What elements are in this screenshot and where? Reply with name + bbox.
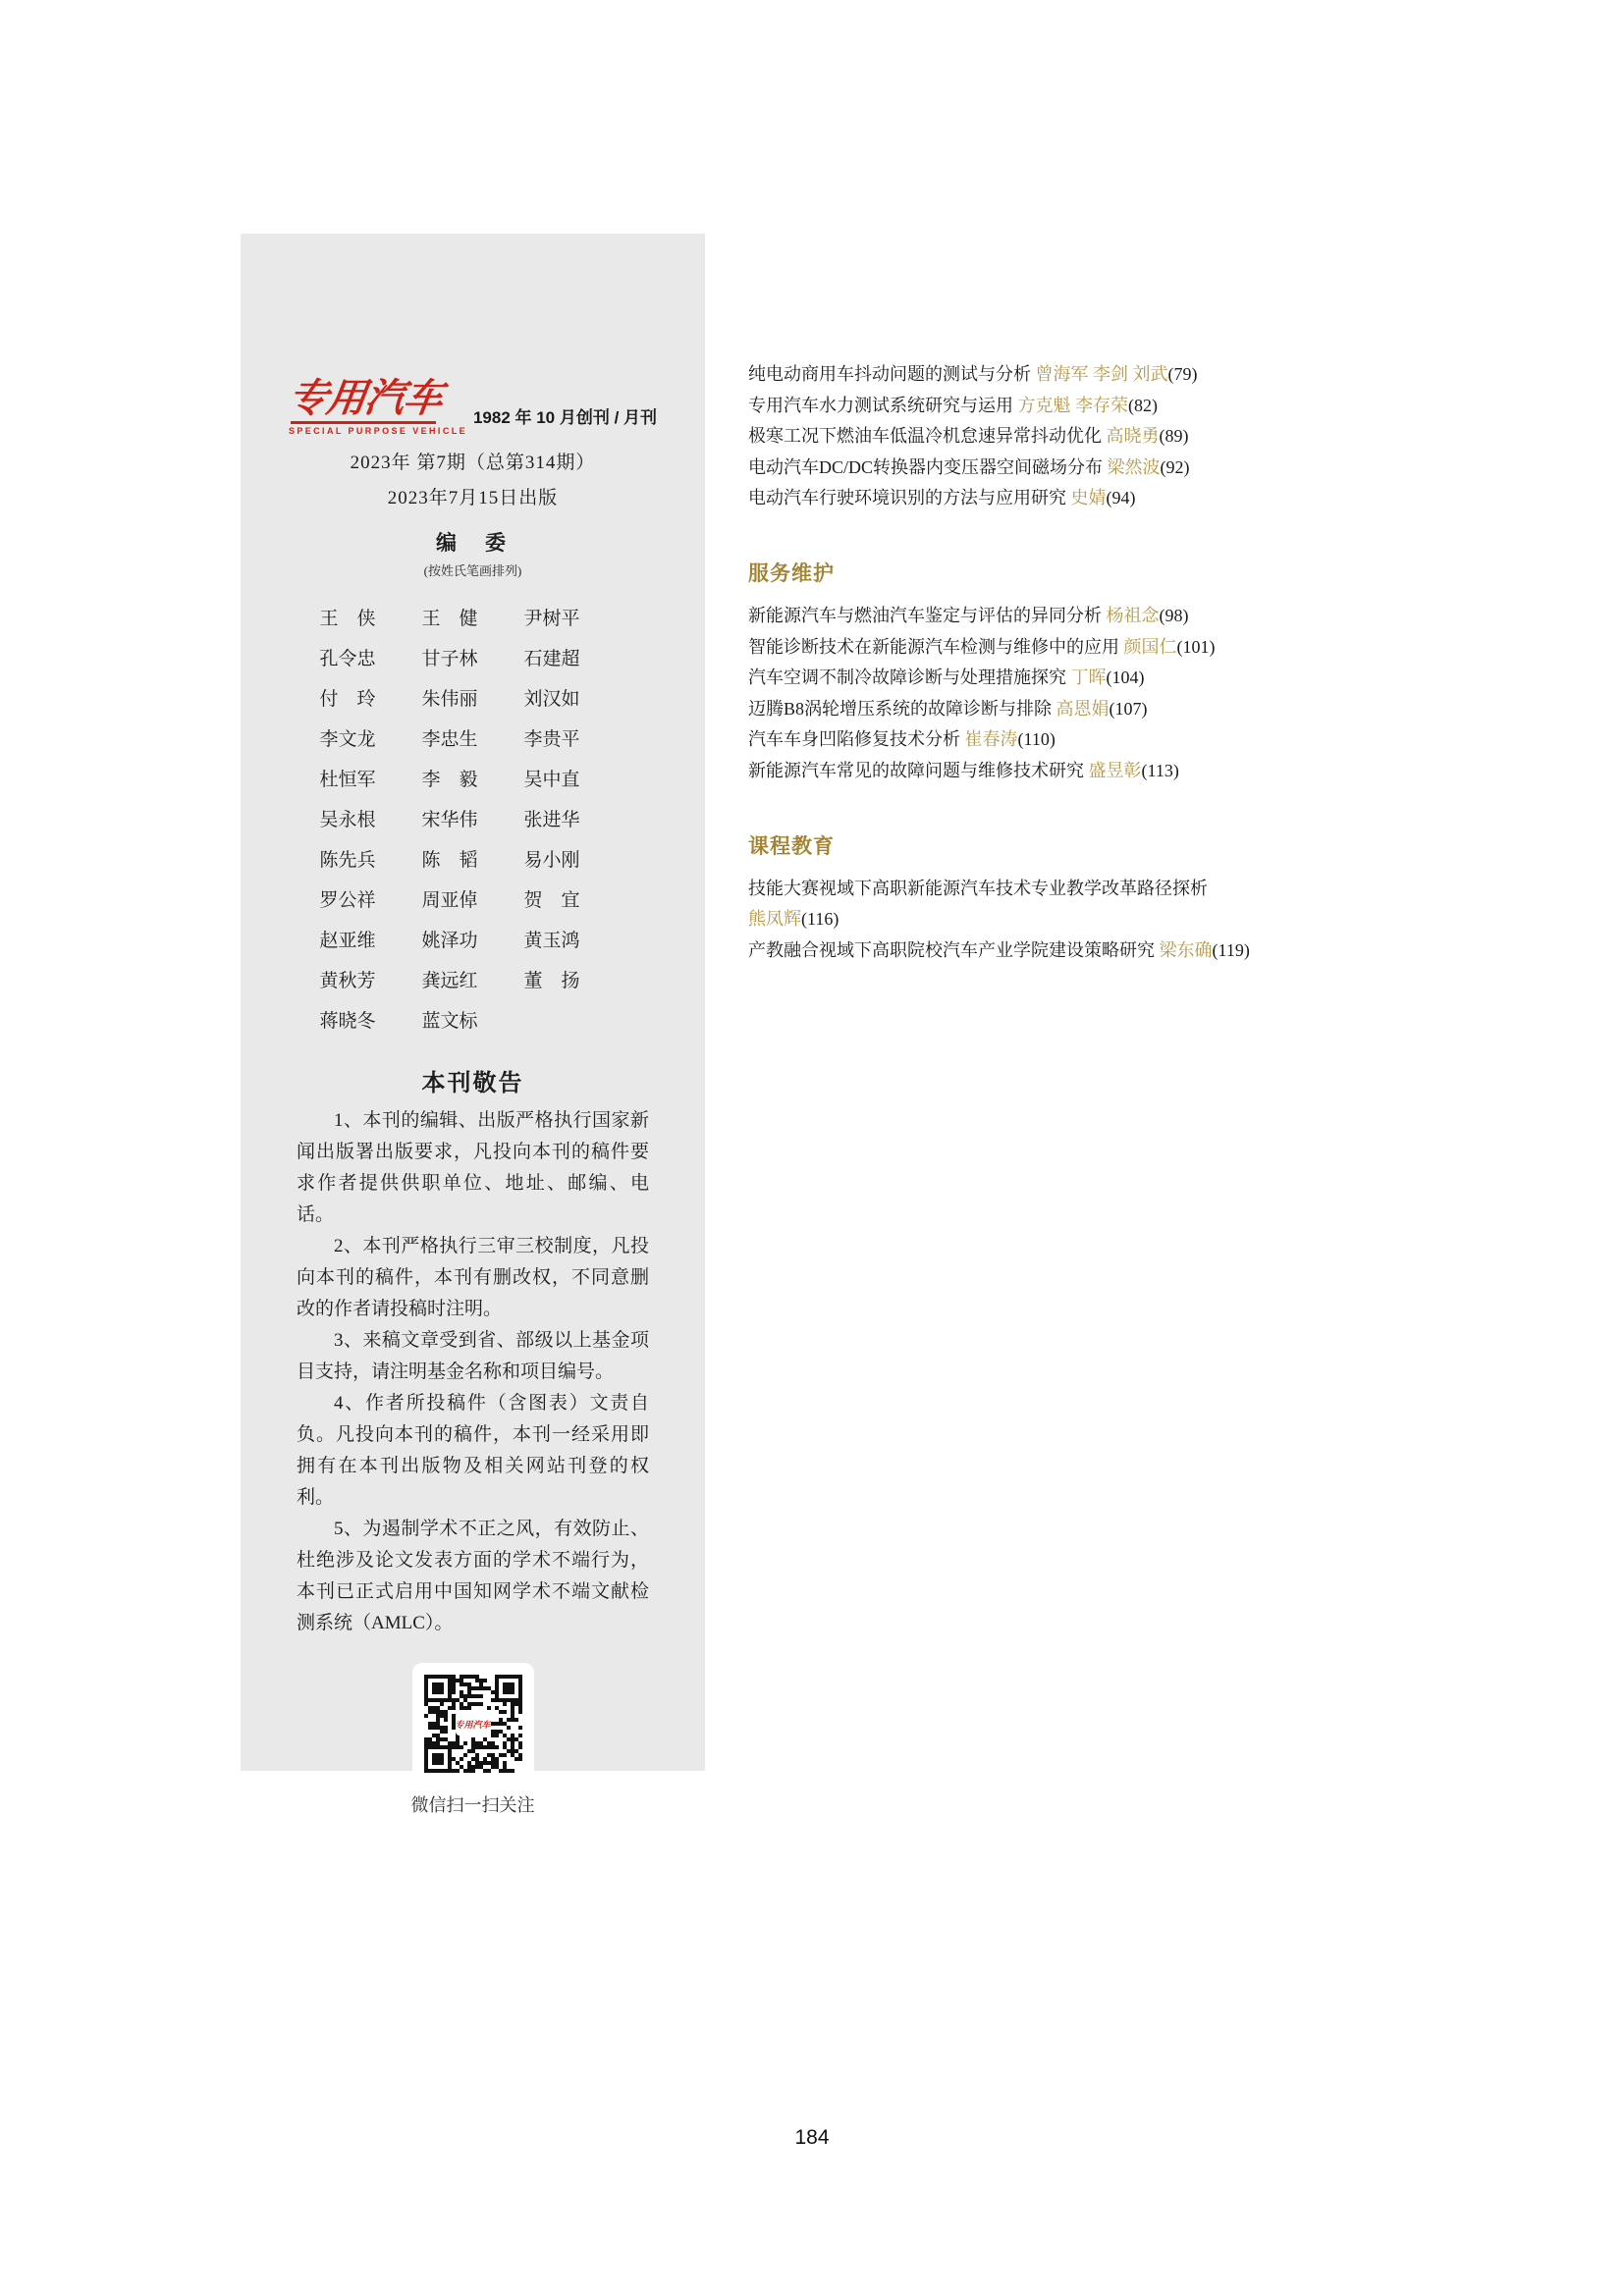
editorial-board-note: (按姓氏笔画排列) (241, 561, 705, 579)
toc-item-title: 智能诊断技术在新能源汽车检测与维修中的应用 (748, 637, 1119, 657)
notice-paragraph: 2、本刊严格执行三审三校制度，凡投向本刊的稿件，本刊有删改权，不同意删改的作者请… (297, 1231, 649, 1325)
toc-item-page: (113) (1142, 761, 1179, 780)
toc-item-title: 迈腾B8涡轮增压系统的故障诊断与排除 (748, 699, 1052, 719)
board-member-name: 姚泽功 (422, 921, 478, 961)
toc-item: 电动汽车行驶环境识别的方法与应用研究 史婧(94) (748, 483, 1337, 514)
journal-logo: 专用汽车 SPECIAL PURPOSE VEHICLE (289, 379, 463, 436)
toc-item-author-line: 杨祖念(98) (1107, 606, 1189, 625)
toc: 纯电动商用车抖动问题的测试与分析 曾海军 李剑 刘武(79)专用汽车水力测试系统… (748, 359, 1337, 966)
board-member-name: 黄秋芳 (320, 961, 376, 1001)
toc-item: 迈腾B8涡轮增压系统的故障诊断与排除 高恩娟(107) (748, 694, 1337, 725)
toc-item-authors: 曾海军 李剑 刘武 (1036, 364, 1168, 384)
board-member-name: 周亚倬 (422, 881, 478, 921)
board-member-name: 李 毅 (422, 760, 478, 800)
qr-center-logo: 专用汽车 (456, 1712, 491, 1735)
toc-item-page: (89) (1160, 426, 1189, 446)
issue-number-line: 2023年 第7期（总第314期） (241, 448, 705, 474)
notice-paragraphs: 1、本刊的编辑、出版严格执行国家新闻出版署出版要求，凡投向本刊的稿件要求作者提供… (297, 1105, 649, 1639)
toc-item-authors: 史婧 (1071, 488, 1107, 507)
qr-center-logo-text: 专用汽车 (456, 1718, 491, 1731)
toc-item-author-line: 崔春涛(110) (965, 729, 1056, 749)
toc-item-title: 纯电动商用车抖动问题的测试与分析 (748, 364, 1031, 384)
board-member-name: 孔令忠 (320, 639, 376, 679)
toc-item: 新能源汽车与燃油汽车鉴定与评估的异同分析 杨祖念(98) (748, 601, 1337, 632)
toc-item: 智能诊断技术在新能源汽车检测与维修中的应用 颜国仁(101) (748, 632, 1337, 664)
logo-underline (291, 421, 436, 424)
editorial-board-grid: 王 侠王 健尹树平孔令忠甘子林石建超付 玲朱伟丽刘汉如李文龙李忠生李贵平杜恒军李… (320, 599, 626, 1041)
toc-item-authors: 高恩娟 (1056, 699, 1110, 719)
toc-item-authors: 盛昱彰 (1089, 761, 1142, 780)
board-member-name: 石建超 (524, 639, 580, 679)
notice-paragraph: 3、来稿文章受到省、部级以上基金项目支持，请注明基金名称和项目编号。 (297, 1325, 649, 1388)
toc-item-author-line: 曾海军 李剑 刘武(79) (1036, 364, 1198, 384)
toc-item-page: (94) (1107, 488, 1136, 507)
toc-section-heading: 课程教育 (748, 832, 1337, 862)
journal-info-panel: 专用汽车 SPECIAL PURPOSE VEHICLE 1982 年 10 月… (241, 234, 705, 1771)
board-member-name: 蒋晓冬 (320, 1001, 376, 1041)
board-member-name: 尹树平 (524, 599, 580, 639)
toc-item: 极寒工况下燃油车低温冷机怠速异常抖动优化 高晓勇(89) (748, 421, 1337, 453)
journal-logo-cn-text: 专用汽车 (286, 379, 466, 418)
toc-group: 服务维护新能源汽车与燃油汽车鉴定与评估的异同分析 杨祖念(98)智能诊断技术在新… (748, 560, 1337, 787)
toc-item: 专用汽车水力测试系统研究与运用 方克魁 李存荣(82) (748, 391, 1337, 422)
board-member-name: 吴中直 (524, 760, 580, 800)
founded-text: 1982 年 10 月创刊 / 月刊 (473, 403, 657, 436)
toc-item-authors: 颜国仁 (1124, 637, 1177, 657)
board-member-name: 蓝文标 (422, 1001, 478, 1041)
toc-item-title: 专用汽车水力测试系统研究与运用 (748, 396, 1013, 415)
toc-item: 电动汽车DC/DC转换器内变压器空间磁场分布 梁然波(92) (748, 453, 1337, 484)
toc-item-page: (92) (1161, 457, 1190, 477)
board-member-name: 杜恒军 (320, 760, 376, 800)
board-member-name: 朱伟丽 (422, 679, 478, 720)
toc-item-title: 汽车空调不制冷故障诊断与处理措施探究 (748, 667, 1066, 687)
toc-item-authors: 杨祖念 (1107, 606, 1160, 625)
board-member-name: 付 玲 (320, 679, 376, 720)
journal-contents-page: 专用汽车 SPECIAL PURPOSE VEHICLE 1982 年 10 月… (0, 0, 1624, 2296)
toc-item: 纯电动商用车抖动问题的测试与分析 曾海军 李剑 刘武(79) (748, 359, 1337, 391)
toc-item-author-line: 梁东确(119) (1160, 940, 1250, 960)
toc-item-authors: 高晓勇 (1107, 426, 1160, 446)
toc-item-author-line: 方克魁 李存荣(82) (1018, 396, 1159, 415)
notice-paragraph: 4、作者所投稿件（含图表）文责自负。凡投向本刊的稿件，本刊一经采用即拥有在本刊出… (297, 1388, 649, 1514)
board-member-name: 刘汉如 (524, 679, 580, 720)
board-member-name: 甘子林 (422, 639, 478, 679)
masthead: 专用汽车 SPECIAL PURPOSE VEHICLE 1982 年 10 月… (241, 379, 705, 436)
page-number: 184 (0, 2126, 1624, 2150)
qr-caption: 微信扫一扫关注 (241, 1791, 705, 1817)
toc-item-authors: 梁东确 (1160, 940, 1213, 960)
board-member-name: 李忠生 (422, 720, 478, 760)
toc-item-title: 电动汽车DC/DC转换器内变压器空间磁场分布 (748, 457, 1103, 477)
toc-item-title: 电动汽车行驶环境识别的方法与应用研究 (748, 488, 1066, 507)
toc-item-page: (82) (1128, 396, 1158, 415)
toc-item-author-line: 高晓勇(89) (1107, 426, 1189, 446)
qr-code: 专用汽车 (412, 1663, 534, 1785)
toc-item-authors: 方克魁 李存荣 (1018, 396, 1129, 415)
notice-title: 本刊敬告 (241, 1063, 705, 1097)
board-member-name: 易小刚 (524, 840, 580, 881)
board-member-name: 董 扬 (524, 961, 580, 1001)
board-member-name: 王 侠 (320, 599, 376, 639)
toc-item-author-line: 盛昱彰(113) (1089, 761, 1179, 780)
toc-group: 纯电动商用车抖动问题的测试与分析 曾海军 李剑 刘武(79)专用汽车水力测试系统… (748, 359, 1337, 514)
toc-item-author-line: 梁然波(92) (1108, 457, 1190, 477)
board-member-name: 吴永根 (320, 800, 376, 840)
toc-item-author-line: 丁晖(104) (1071, 667, 1145, 687)
board-member-name: 赵亚维 (320, 921, 376, 961)
toc-item-page: (79) (1168, 364, 1198, 384)
board-member-name: 王 健 (422, 599, 478, 639)
toc-item: 汽车空调不制冷故障诊断与处理措施探究 丁晖(104) (748, 663, 1337, 694)
toc-item: 新能源汽车常见的故障问题与维修技术研究 盛昱彰(113) (748, 756, 1337, 787)
board-member-name: 龚远红 (422, 961, 478, 1001)
toc-item-author-line: 史婧(94) (1071, 488, 1136, 507)
toc-item-title: 新能源汽车常见的故障问题与维修技术研究 (748, 761, 1084, 780)
board-member-name: 陈 韬 (422, 840, 478, 881)
toc-item: 汽车车身凹陷修复技术分析 崔春涛(110) (748, 724, 1337, 756)
board-member-name: 张进华 (524, 800, 580, 840)
board-member-name: 黄玉鸿 (524, 921, 580, 961)
toc-item-page: (119) (1213, 940, 1250, 960)
board-member-name: 李贵平 (524, 720, 580, 760)
toc-item-title: 极寒工况下燃油车低温冷机怠速异常抖动优化 (748, 426, 1102, 446)
toc-item-author-line: 颜国仁(101) (1124, 637, 1216, 657)
toc-item: 技能大赛视域下高职新能源汽车技术专业教学改革路径探析 熊凤辉(116) (748, 874, 1337, 935)
toc-item-page: (116) (801, 909, 839, 929)
notice-paragraph: 5、为遏制学术不正之风，有效防止、杜绝涉及论文发表方面的学术不端行为，本刊已正式… (297, 1514, 649, 1639)
toc-item-author-line: 熊凤辉(116) (748, 904, 1337, 935)
toc-item-title: 技能大赛视域下高职新能源汽车技术专业教学改革路径探析 (748, 879, 1208, 898)
board-member-name: 陈先兵 (320, 840, 376, 881)
toc-section-heading: 服务维护 (748, 560, 1337, 589)
toc-item-authors: 熊凤辉 (748, 909, 801, 929)
toc-group: 课程教育技能大赛视域下高职新能源汽车技术专业教学改革路径探析 熊凤辉(116)产… (748, 832, 1337, 967)
editorial-board-title: 编 委 (241, 527, 705, 557)
board-member-name: 李文龙 (320, 720, 376, 760)
publish-date-line: 2023年7月15日出版 (241, 483, 705, 509)
journal-logo-en-text: SPECIAL PURPOSE VEHICLE (289, 426, 463, 436)
board-member-name: 宋华伟 (422, 800, 478, 840)
toc-item-title: 产教融合视域下高职院校汽车产业学院建设策略研究 (748, 940, 1155, 960)
toc-item-title: 汽车车身凹陷修复技术分析 (748, 729, 960, 749)
toc-item-author-line: 高恩娟(107) (1056, 699, 1148, 719)
toc-item-page: (101) (1177, 637, 1216, 657)
toc-item-page: (107) (1110, 699, 1148, 719)
toc-item: 产教融合视域下高职院校汽车产业学院建设策略研究 梁东确(119) (748, 935, 1337, 967)
board-member-name: 罗公祥 (320, 881, 376, 921)
toc-item-title: 新能源汽车与燃油汽车鉴定与评估的异同分析 (748, 606, 1102, 625)
toc-item-page: (98) (1160, 606, 1189, 625)
toc-item-page: (110) (1018, 729, 1056, 749)
board-member-name: 贺 宜 (524, 881, 580, 921)
toc-item-authors: 梁然波 (1108, 457, 1161, 477)
toc-item-authors: 丁晖 (1071, 667, 1107, 687)
notice-paragraph: 1、本刊的编辑、出版严格执行国家新闻出版署出版要求，凡投向本刊的稿件要求作者提供… (297, 1105, 649, 1231)
toc-item-page: (104) (1107, 667, 1145, 687)
toc-item-authors: 崔春涛 (965, 729, 1018, 749)
